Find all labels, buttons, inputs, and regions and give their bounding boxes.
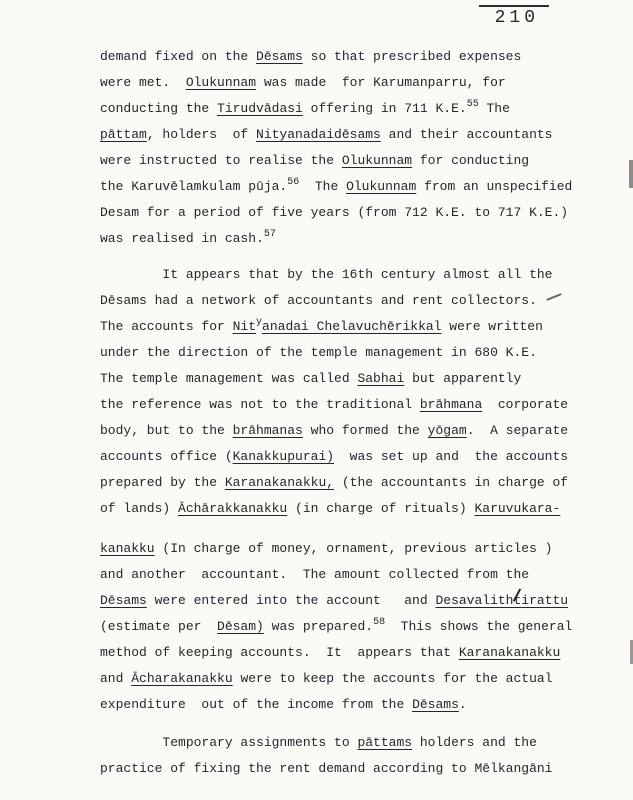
- text-run: were entered into the account and: [147, 593, 436, 608]
- text-run: of lands): [100, 501, 178, 516]
- text-run: conducting the: [100, 101, 217, 116]
- text-line: Temporary assignments to pāttams holders…: [100, 730, 572, 756]
- text-run: Desam for a period of five years (from 7…: [100, 205, 568, 220]
- underlined-term: Dēsams: [256, 49, 303, 64]
- underlined-term: Āchārakkanakku: [178, 501, 287, 516]
- text-line: Dēsams were entered into the account and…: [100, 588, 572, 614]
- text-line: was realised in cash.57: [100, 226, 572, 252]
- superscript: 58: [373, 617, 385, 628]
- text-run: prepared by the: [100, 475, 225, 490]
- underlined-term: Desavalith: [435, 593, 513, 608]
- underlined-term: Olukunnam: [342, 153, 412, 168]
- underlined-term: brāhmana: [420, 397, 482, 412]
- underlined-term: Kanakkupurai): [233, 449, 334, 464]
- text-run: body, but to the: [100, 423, 233, 438]
- underlined-term: Olukunnam: [186, 75, 256, 90]
- text-run: was made for Karumanparru, for: [256, 75, 506, 90]
- text-line: (estimate per Dēsam) was prepared.58 Thi…: [100, 614, 572, 640]
- text-run: demand fixed on the: [100, 49, 256, 64]
- text-run: the reference was not to the traditional: [100, 397, 420, 412]
- text-run: so that prescribed expenses: [303, 49, 521, 64]
- text-run: The: [479, 101, 510, 116]
- text-line: It appears that by the 16th century almo…: [100, 262, 572, 288]
- underlined-term: Sabhai: [357, 371, 404, 386]
- text-line: practice of fixing the rent demand accor…: [100, 756, 572, 782]
- superscript: 55: [467, 99, 479, 110]
- text-line: were instructed to realise the Olukunnam…: [100, 148, 572, 174]
- text-line: kanakku (In charge of money, ornament, p…: [100, 536, 572, 562]
- text-run: and another accountant. The amount colle…: [100, 567, 529, 582]
- text-line: method of keeping accounts. It appears t…: [100, 640, 572, 666]
- text-run: (In charge of money, ornament, previous …: [155, 541, 553, 556]
- text-line: of lands) Āchārakkanakku (in charge of r…: [100, 496, 572, 522]
- text-run: expenditure out of the income from the: [100, 697, 412, 712]
- underlined-term: irattu: [521, 593, 568, 608]
- text-line: expenditure out of the income from the D…: [100, 692, 572, 718]
- paragraph-2: It appears that by the 16th century almo…: [100, 262, 572, 522]
- underlined-term: Dēsam): [217, 619, 264, 634]
- text-run: the Karuvēlamkulam pūja.: [100, 179, 287, 194]
- text-run: were met.: [100, 75, 186, 90]
- underlined-term: t: [513, 588, 521, 614]
- text-line: The accounts for Nityanadai Chelavuchēri…: [100, 314, 572, 340]
- paragraph-2-continued: kanakku (In charge of money, ornament, p…: [100, 536, 572, 718]
- paragraph-3: Temporary assignments to pāttams holders…: [100, 730, 572, 782]
- text-run: were written: [441, 319, 542, 334]
- text-run: corporate: [482, 397, 568, 412]
- text-content: demand fixed on the Dēsams so that presc…: [100, 44, 572, 782]
- text-line: conducting the Tirudvādasi offering in 7…: [100, 96, 572, 122]
- text-line: The temple management was called Sabhai …: [100, 366, 572, 392]
- underlined-term: Nityanadaidēsams: [256, 127, 381, 142]
- text-run: Dēsams had a network of accountants and …: [100, 293, 537, 308]
- page-number: 210: [479, 5, 549, 28]
- text-line: the Karuvēlamkulam pūja.56 The Olukunnam…: [100, 174, 572, 200]
- text-line: under the direction of the temple manage…: [100, 340, 572, 366]
- text-line: Desam for a period of five years (from 7…: [100, 200, 572, 226]
- text-run: and: [100, 671, 131, 686]
- text-run: method of keeping accounts. It appears t…: [100, 645, 459, 660]
- text-run: (the accountants in charge of: [334, 475, 568, 490]
- text-line: and Ācharakanakku were to keep the accou…: [100, 666, 572, 692]
- text-line: the reference was not to the traditional…: [100, 392, 572, 418]
- text-run: practice of fixing the rent demand accor…: [100, 761, 552, 776]
- text-run: (estimate per: [100, 619, 217, 634]
- underlined-term: Tirudvādasi: [217, 101, 303, 116]
- underlined-term: anadai Chelavuchērikkal: [262, 319, 441, 334]
- text-run: who formed the: [303, 423, 428, 438]
- text-run: This shows the general: [385, 619, 572, 634]
- text-run: The accounts for: [100, 319, 233, 334]
- text-run: was prepared.: [264, 619, 373, 634]
- text-run: offering in 711 K.E.: [303, 101, 467, 116]
- text-run: was set up and the accounts: [334, 449, 568, 464]
- underlined-term: pāttam: [100, 127, 147, 142]
- underlined-term: Nit: [233, 319, 256, 334]
- text-run: was realised in cash.: [100, 231, 264, 246]
- text-run: It appears that by the 16th century almo…: [100, 267, 552, 282]
- text-run: from an unspecified: [416, 179, 572, 194]
- text-run: were to keep the accounts for the actual: [233, 671, 553, 686]
- underlined-term: Olukunnam: [346, 179, 416, 194]
- underlined-term: Karanakanakku,: [225, 475, 334, 490]
- underlined-term: Dēsams: [412, 697, 459, 712]
- underlined-term: pāttams: [357, 735, 412, 750]
- text-line: Dēsams had a network of accountants and …: [100, 288, 572, 314]
- text-run: holders and the: [412, 735, 537, 750]
- text-line: and another accountant. The amount colle…: [100, 562, 572, 588]
- text-run: . A separate: [467, 423, 568, 438]
- text-line: prepared by the Karanakanakku, (the acco…: [100, 470, 572, 496]
- underlined-term: Karuvukara-: [474, 501, 560, 516]
- text-line: accounts office (Kanakkupurai) was set u…: [100, 444, 572, 470]
- text-line: were met. Olukunnam was made for Karuman…: [100, 70, 572, 96]
- paragraph-1: demand fixed on the Dēsams so that presc…: [100, 44, 572, 252]
- text-run: under the direction of the temple manage…: [100, 345, 537, 360]
- underlined-term: Dēsams: [100, 593, 147, 608]
- text-run: but apparently: [404, 371, 521, 386]
- text-run: , holders of: [147, 127, 256, 142]
- text-run: (in charge of rituals): [287, 501, 474, 516]
- superscript: y: [256, 317, 262, 328]
- text-run: for conducting: [412, 153, 529, 168]
- text-run: Temporary assignments to: [100, 735, 357, 750]
- text-run: The: [299, 179, 346, 194]
- text-line: pāttam, holders of Nityanadaidēsams and …: [100, 122, 572, 148]
- text-run: The temple management was called: [100, 371, 357, 386]
- text-line: body, but to the brāhmanas who formed th…: [100, 418, 572, 444]
- superscript: 57: [264, 229, 276, 240]
- text-run: and their accountants: [381, 127, 553, 142]
- text-line: demand fixed on the Dēsams so that presc…: [100, 44, 572, 70]
- scan-edge-artifact: [629, 160, 633, 188]
- underlined-term: yōgam: [428, 423, 467, 438]
- text-run: were instructed to realise the: [100, 153, 342, 168]
- text-run: .: [459, 697, 467, 712]
- text-run: accounts office (: [100, 449, 233, 464]
- underlined-term: Ācharakanakku: [131, 671, 232, 686]
- underlined-term: Karanakanakku: [459, 645, 560, 660]
- superscript: 56: [287, 177, 299, 188]
- underlined-term: brāhmanas: [233, 423, 303, 438]
- underlined-term: kanakku: [100, 541, 155, 556]
